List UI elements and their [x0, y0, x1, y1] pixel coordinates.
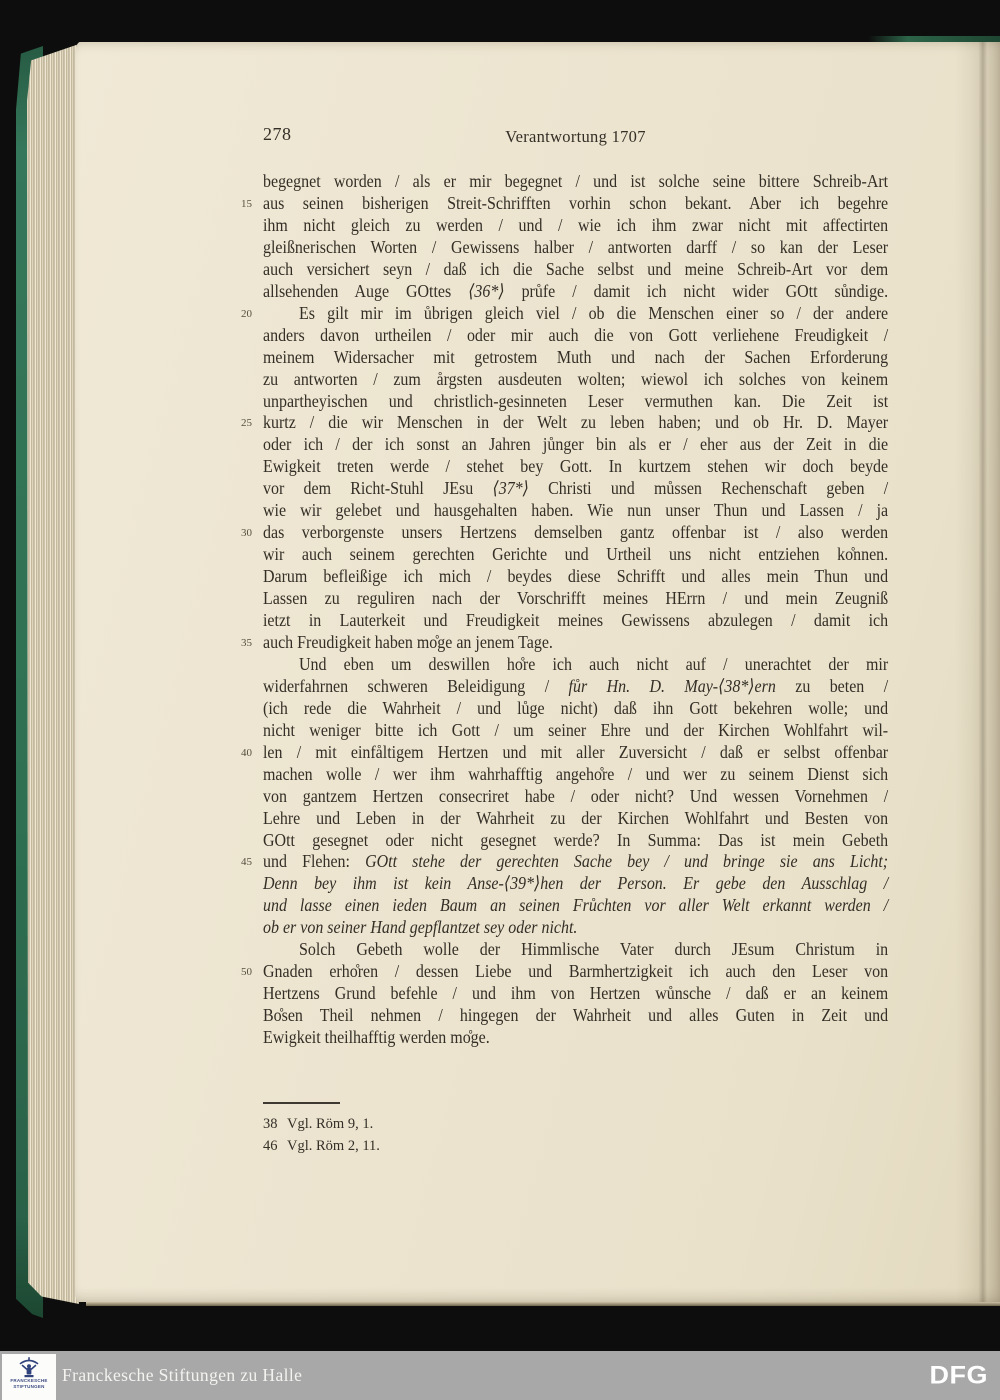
- text-line: Solch Gebeth wolle der Himmlische Vater …: [263, 939, 888, 961]
- text-line: Gnaden erho̊ren / dessen Liebe und Barmh…: [263, 961, 888, 983]
- text-line: ietzt in Lauterkeit und Freudigkeit mein…: [263, 610, 888, 632]
- text-line: Es gilt mir im ůbrigen gleich viel / ob …: [263, 303, 888, 325]
- footnote-line: 46Vgl. Röm 2, 11.: [263, 1136, 380, 1158]
- footnotes: 38Vgl. Röm 9, 1.46Vgl. Röm 2, 11.: [263, 1114, 380, 1158]
- text-line: auch versichert seyn / daß ich die Sache…: [263, 259, 888, 281]
- line-number: 40: [232, 746, 252, 761]
- running-title: Verantwortung 1707: [263, 127, 888, 147]
- dfg-logo: DFG: [930, 1353, 989, 1398]
- text-line: und lasse einen ieden Baum an seinen Frů…: [263, 895, 888, 917]
- viewer-footer-bar: FRANCKESCHE STIFTUNGEN Franckesche Stift…: [0, 1351, 1000, 1400]
- text-line: Lehre und Leben in der Wahrheit zu der K…: [263, 808, 888, 830]
- text-line: aus seinen bisherigen Streit-Schrifften …: [263, 193, 888, 215]
- text-line: kurtz / die wir Menschen in der Welt zu …: [263, 412, 888, 434]
- text-line: unpartheyischen und christlich-gesinnete…: [263, 391, 888, 413]
- text-line: Ewigkeit theilhafftig werden mo̊ge.: [263, 1027, 888, 1049]
- text-block: begegnet worden / als er mir begegnet / …: [263, 171, 888, 1051]
- line-number: 35: [232, 636, 252, 651]
- line-number: 20: [232, 307, 252, 322]
- text-line: begegnet worden / als er mir begegnet / …: [263, 171, 888, 193]
- text-line: wir auch seinem gerechten Gerichte und U…: [263, 544, 888, 566]
- text-line: Darum befleißige ich mich / beydes diese…: [263, 566, 888, 588]
- text-line: anders davon urtheilen / oder mir auch d…: [263, 325, 888, 347]
- logo-caption-line2: STIFTUNGEN: [2, 1384, 56, 1390]
- line-number: 45: [232, 855, 252, 870]
- text-line: auch Freudigkeit haben mo̊ge an jenem Ta…: [263, 632, 888, 654]
- footnote-rule: [263, 1102, 340, 1104]
- text-line: vor dem Richt-Stuhl JEsu ⟨37*⟩ Christi u…: [263, 478, 888, 500]
- text-line: Hertzens Grund befehle / und ihm von Her…: [263, 983, 888, 1005]
- text-line: GOtt gesegnet oder nicht gesegnet werde?…: [263, 830, 888, 852]
- text-line: len / mit einfåltigem Hertzen und mit al…: [263, 742, 888, 764]
- text-line: zu antworten / zum årgsten ausdeuten wol…: [263, 369, 888, 391]
- text-line: Denn bey ihm ist kein Anse-⟨39*⟩hen der …: [263, 873, 888, 895]
- gutter-crease: [955, 42, 1000, 1302]
- line-number: 25: [232, 416, 252, 431]
- text-line: Ewigkeit treten werde / stehet bey Gott.…: [263, 456, 888, 478]
- line-number: 15: [232, 197, 252, 212]
- page-stack-edge: [27, 44, 79, 1304]
- text-line: widerfahrnen schweren Beleidigung / fůr …: [263, 676, 888, 698]
- text-line: das verborgenste unsers Hertzens demselb…: [263, 522, 888, 544]
- text-line: wie wir gelebet und hausgehalten haben. …: [263, 500, 888, 522]
- footer-institution-title: Franckesche Stiftungen zu Halle: [62, 1351, 302, 1400]
- text-line: ob er von seiner Hand gepflantzet sey od…: [263, 917, 888, 939]
- text-line: (ich rede die Wahrheit / und lůge nicht)…: [263, 698, 888, 720]
- text-line: und Flehen: GOtt stehe der gerechten Sac…: [263, 851, 888, 873]
- scan-viewport: 278 Verantwortung 1707 begegnet worden /…: [0, 0, 1000, 1400]
- text-line: nicht weniger bitte ich Gott / um seiner…: [263, 720, 888, 742]
- line-number: 50: [232, 965, 252, 980]
- footnote-line: 38Vgl. Röm 9, 1.: [263, 1114, 380, 1136]
- text-line: Und eben um deswillen ho̊re ich auch nic…: [263, 654, 888, 676]
- text-line: oder ich / der ich sonst an Jahren jůnge…: [263, 434, 888, 456]
- text-line: machen wolle / wer ihm wahrhafftig angeh…: [263, 764, 888, 786]
- text-line: ihm nicht gleich zu werden / und / wie i…: [263, 215, 888, 237]
- franckesche-logo: FRANCKESCHE STIFTUNGEN: [2, 1354, 56, 1400]
- franckesche-figure-icon: [17, 1357, 41, 1378]
- book-page: 278 Verantwortung 1707 begegnet worden /…: [75, 42, 1000, 1302]
- page-bottom-edge: [86, 1302, 1000, 1306]
- text-line: allsehenden Auge GOttes ⟨36*⟩ průfe / da…: [263, 281, 888, 303]
- line-number: 30: [232, 526, 252, 541]
- text-line: Lassen zu reguliren nach der Vorschrifft…: [263, 588, 888, 610]
- text-line: Bo̊sen Theil nehmen / hingegen der Wahrh…: [263, 1005, 888, 1027]
- text-line: gleißnerischen Worten / Gewissens halber…: [263, 237, 888, 259]
- text-line: von gantzem Hertzen consecriret habe / o…: [263, 786, 888, 808]
- text-line: meinem Widersacher mit getrostem Muth un…: [263, 347, 888, 369]
